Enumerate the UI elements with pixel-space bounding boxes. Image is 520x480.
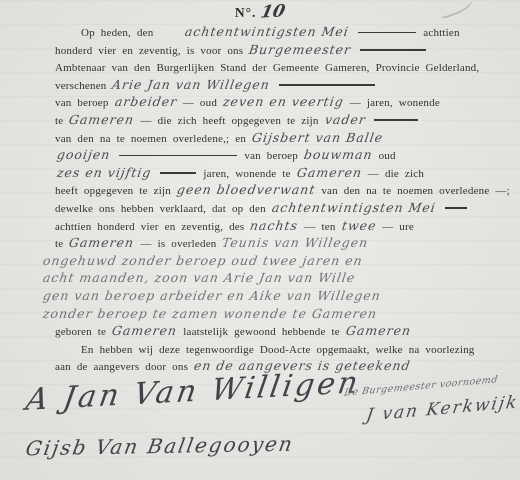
printed-text: — oud (183, 97, 217, 109)
printed-text: van den na te noemen overledene,; en (55, 133, 246, 145)
act-number-header: N°.10 (0, 2, 520, 22)
printed-text: — is overleden (140, 238, 216, 250)
handwritten-text: Arie Jan van Willegen (111, 76, 272, 94)
document-line: zes en vijftig jaren, wonende te Gameren… (55, 164, 514, 182)
document-line: te Gameren — is overleden Teunis van Wil… (55, 234, 514, 252)
printed-text: laatstelijk gewoond hebbende te (183, 326, 340, 338)
blank-fill-rule (119, 155, 237, 157)
printed-text: van beroep (55, 97, 109, 109)
printed-text: van beroep (244, 150, 298, 162)
handwritten-text: achtentwintigsten Mei (270, 199, 437, 217)
blank-fill-rule (160, 172, 196, 174)
printed-text: van den na te noemen overledene —; (321, 185, 510, 197)
document-line: van beroep arbeider — oud zeven en veert… (55, 93, 514, 111)
handwritten-text: achtentwintigsten Mei (158, 23, 351, 41)
printed-text: — ure (382, 221, 414, 233)
handwritten-text: Gameren (295, 164, 363, 182)
printed-text: dewelke ons hebben verklaard, dat op den (55, 203, 266, 215)
handwritten-text: Gameren (68, 111, 136, 129)
handwritten-text: Gameren (68, 234, 136, 252)
document-line: dewelke ons hebben verklaard, dat op den… (55, 199, 514, 217)
blank-fill-rule (374, 119, 418, 121)
handwritten-text: twee (340, 217, 377, 235)
document-line: geboren te Gameren laatstelijk gewoond h… (55, 322, 514, 340)
handwritten-text: gooijen (56, 146, 112, 164)
printed-text: En hebben wij deze tegenwoordige Dood-Ac… (81, 344, 474, 356)
document-line: verschenen Arie Jan van Willegen (55, 76, 514, 94)
printed-text: verschenen (55, 80, 106, 92)
printed-text: achttien (423, 27, 459, 39)
document-line: acht maanden, zoon van Arie Jan van Will… (41, 269, 514, 287)
document-line: Ambtenaar van den Burgerlijken Stand der… (55, 58, 514, 76)
handwritten-text: Gijsbert van Balle (251, 129, 385, 147)
handwritten-text: Teunis van Willegen (221, 234, 370, 252)
act-number-value: 10 (259, 1, 287, 22)
printed-text: honderd vier en zeventig, is voor ons (55, 45, 243, 57)
printed-text: geboren te (55, 326, 106, 338)
handwritten-text: acht maanden, zoon van Arie Jan van Will… (42, 269, 357, 287)
printed-text: — jaren, wonende (350, 97, 440, 109)
blank-fill-rule (445, 207, 467, 209)
signature-burgemeester: J van Kerkwijk (365, 392, 520, 426)
handwritten-text: gen van beroep arbeider en Aike van Will… (42, 287, 383, 305)
handwritten-text: ongehuwd zonder beroep oud twee jaren en (42, 252, 365, 270)
handwritten-text: geen bloedverwant (176, 181, 317, 199)
document-line: ongehuwd zonder beroep oud twee jaren en (41, 252, 514, 270)
printed-text: achttien honderd vier en zeventig, des (55, 221, 244, 233)
document-line: te Gameren — die zich heeft opgegeven te… (55, 111, 514, 129)
document-line: gen van beroep arbeider en Aike van Will… (41, 287, 514, 305)
handwritten-text: arbeider (113, 93, 178, 111)
handwritten-text: zeven en veertig (222, 93, 346, 111)
document-line: gooijen van beroep bouwman oud (55, 146, 514, 164)
document-line: En hebben wij deze tegenwoordige Dood-Ac… (55, 340, 514, 358)
document-line: achttien honderd vier en zeventig, des n… (55, 217, 514, 235)
handwritten-text: Burgemeester (248, 41, 353, 59)
handwritten-text: Gameren (111, 322, 179, 340)
blank-fill-rule (279, 84, 375, 86)
printed-text: oud (379, 150, 396, 162)
printed-text: — ten (304, 221, 335, 233)
document-line: zonder beroep te zamen wonende te Gamere… (41, 305, 514, 323)
document-line: van den na te noemen overledene,; en Gij… (55, 129, 514, 147)
document-line: heeft opgegeven te zijn geen bloedverwan… (55, 181, 514, 199)
printed-text: aan de aangevers door ons (55, 361, 188, 373)
handwritten-text: bouwman (303, 146, 374, 164)
printed-text: Ambtenaar van den Burgerlijken Stand der… (55, 62, 479, 74)
act-number-label: N°. (235, 5, 257, 20)
blank-fill-rule (360, 49, 426, 51)
handwritten-text: nachts (249, 217, 300, 235)
document-body: Op heden, den achtentwintigsten Mei acht… (55, 23, 514, 375)
handwritten-text: vader (323, 111, 367, 129)
document-line: Op heden, den achtentwintigsten Mei acht… (55, 23, 514, 41)
printed-text: — die zich heeft opgegeven te zijn (140, 115, 318, 127)
handwritten-text: Gameren (344, 322, 412, 340)
printed-text: te (55, 238, 63, 250)
blank-fill-rule (358, 32, 416, 34)
printed-text: jaren, wonende te (203, 168, 290, 180)
printed-text: — die zich (368, 168, 424, 180)
printed-text: te (55, 115, 63, 127)
death-certificate-scan: N°.10 Op heden, den achtentwintigsten Me… (0, 0, 520, 480)
printed-text: Op heden, den (81, 27, 153, 39)
document-line: honderd vier en zeventig, is voor ons Bu… (55, 41, 514, 59)
printed-text: heeft opgegeven te zijn (55, 185, 171, 197)
signature-declarant-witness: Gijsb Van Ballegooyen (24, 432, 296, 461)
handwritten-text: zonder beroep te zamen wonende te Gamere… (42, 305, 379, 323)
handwritten-text: zes en vijftig (56, 164, 153, 182)
